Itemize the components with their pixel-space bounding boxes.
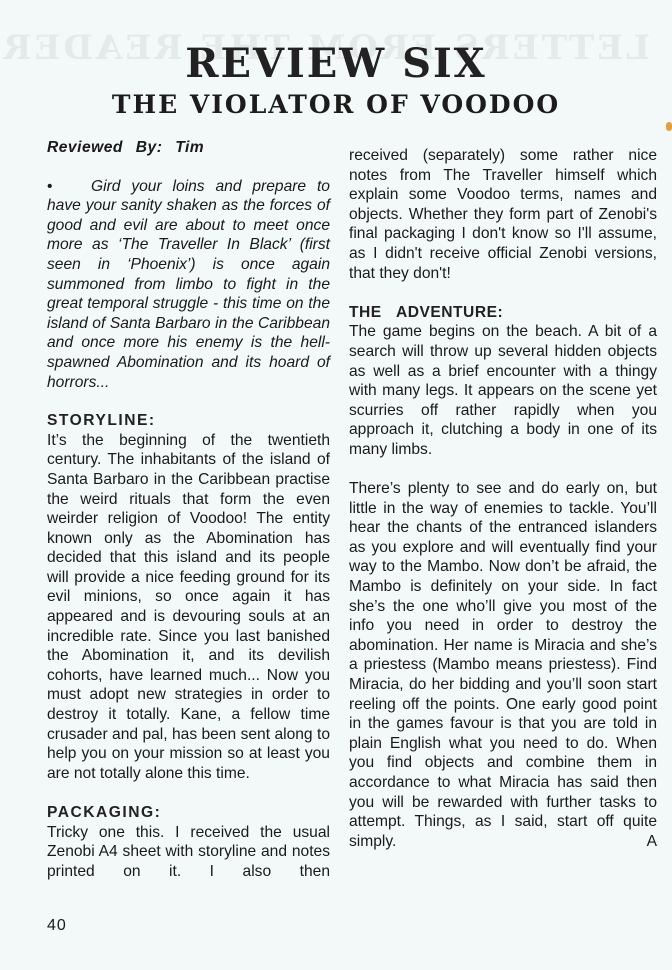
adventure-heading: THE ADVENTURE: [349, 303, 657, 323]
bullet-icon: • [47, 177, 91, 197]
page-edge-mark [666, 122, 672, 131]
magazine-page: LETTERS FROM THE READERS REVIEW SIX THE … [0, 0, 672, 970]
page-number: 40 [47, 917, 67, 935]
adventure-paragraph-1: The game begins on the beach. A bit of a… [349, 322, 657, 459]
intro-paragraph: •Gird your loins and prepare to have you… [47, 177, 330, 393]
page-title: REVIEW SIX [0, 40, 672, 88]
adventure-paragraph-2: There’s plenty to see and do early on, b… [349, 479, 657, 851]
byline: Reviewed By: Tim [47, 138, 330, 158]
packaging-heading: PACKAGING: [47, 803, 330, 823]
storyline-paragraph: It’s the beginning of the twentieth cent… [47, 431, 330, 784]
left-column: Reviewed By: Tim •Gird your loins and pr… [47, 138, 330, 881]
packaging-paragraph: Tricky one this. I received the usual Ze… [47, 823, 330, 882]
intro-text: Gird your loins and prepare to have your… [47, 178, 330, 391]
right-column: received (separately) some rather nice n… [349, 138, 657, 851]
review-subtitle: THE VIOLATOR OF VOODOO [0, 88, 672, 122]
packaging-continued-paragraph: received (separately) some rather nice n… [349, 146, 657, 283]
storyline-heading: STORYLINE: [47, 411, 330, 431]
